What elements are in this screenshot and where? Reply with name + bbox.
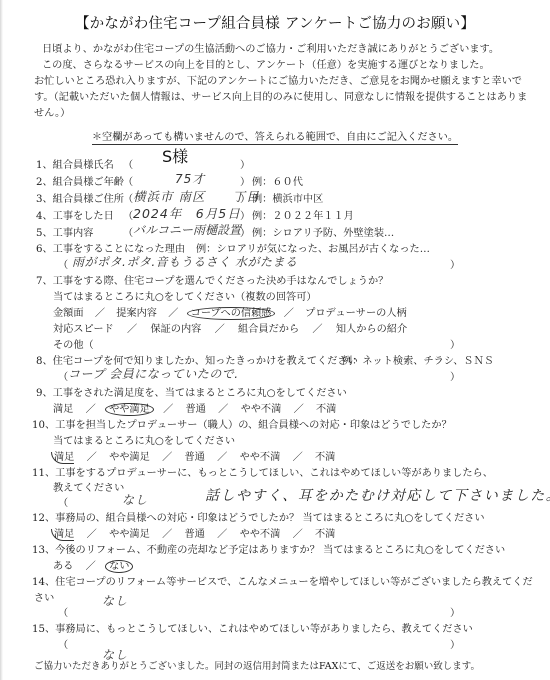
q15-paren-close: ） (450, 636, 460, 651)
q7-option-proposal[interactable]: 提案内容 (116, 308, 157, 319)
q7-option-producer-personality[interactable]: プロデューサーの人柄 (305, 308, 407, 319)
q15-paren-open: （ (58, 636, 68, 651)
q1-paren-open: （ (123, 156, 133, 171)
q10-option-somewhat-dissatisfied[interactable]: やや不満 (240, 452, 281, 463)
instruction-note: ＊空欄があっても構いませんので、答えられる範囲で、自由にご記入ください。 (0, 128, 550, 143)
q9-option-somewhat-satisfied-selected[interactable]: やや満足 (105, 403, 154, 416)
q2-paren-close: ） (240, 173, 250, 188)
q7-option-warranty[interactable]: 保証の内容 (150, 324, 201, 335)
scan-edge (0, 0, 3, 680)
separator: ／ (87, 452, 97, 463)
separator: ／ (87, 529, 97, 540)
separator: ／ (218, 404, 228, 415)
q12-option-somewhat-satisfied[interactable]: やや満足 (109, 529, 150, 540)
q12-option-dissatisfied[interactable]: 不満 (315, 529, 335, 540)
q13-options: ある ／ ない (53, 557, 130, 572)
q7-instruction: 当てはまるところに丸○をしてください（複数の回答可） (53, 288, 317, 303)
q4-label: 4、工事をした日 (36, 207, 114, 222)
q11-answer-1[interactable]: なし (122, 491, 148, 508)
q2-label: 2、組合員様ご年齢 (36, 173, 124, 188)
q11-label-cont: 教えてください (53, 479, 124, 494)
q5-answer[interactable]: バルコニー雨樋設置 (133, 221, 241, 238)
q8-paren-open: （ (58, 368, 68, 383)
q8-paren-close: ） (450, 368, 460, 383)
q10-option-neutral[interactable]: 普通 (185, 452, 205, 463)
q14-label-cont: さい (34, 589, 54, 604)
q12-option-somewhat-dissatisfied[interactable]: やや不満 (240, 529, 281, 540)
q4-paren-open: （ (123, 207, 133, 222)
q8-example: 例：ネット検索、チラシ、ＳＮＳ (342, 352, 494, 367)
q10-options: 満足 ／ やや満足 ／ 普通 ／ やや不満 ／ 不満 (53, 448, 335, 463)
separator: ／ (162, 452, 172, 463)
separator: ／ (168, 308, 178, 319)
separator: ／ (293, 452, 303, 463)
separator: ／ (127, 324, 137, 335)
separator: ／ (163, 404, 173, 415)
q11-label: 11、工事をするプロデューサーに、もっとこうしてほしい、これはやめてほしい等があ… (32, 464, 493, 479)
q14-answer[interactable]: なし (102, 592, 128, 609)
q9-options: 満足 ／ やや満足 ／ 普通 ／ やや不満 ／ 不満 (53, 400, 336, 415)
q10-label: 10、工事を担当したプロデューサー（職人）の、組合員様への対応・印象はどうでした… (32, 416, 452, 431)
q10-option-dissatisfied[interactable]: 不満 (315, 452, 335, 463)
q2-answer[interactable]: 75才 (175, 170, 205, 187)
q14-paren-close: ） (450, 604, 460, 619)
q1-label: 1、組合員様氏名 (36, 156, 114, 171)
q5-label: 5、工事内容 (36, 224, 93, 239)
intro-line-3: お忙しいところ恐れ入りますが、下記のアンケートにご協力いただき、ご意見をお聞かせ… (34, 74, 522, 90)
q3-paren-open: （ (123, 190, 133, 205)
q14-label: 14、住宅コープのリフォーム等サービスで、こんなメニューを増やしてほしい等がござ… (32, 573, 533, 588)
q5-paren-close: ） (240, 224, 250, 239)
q10-instruction: 当てはまるところに丸○をしてください (53, 432, 235, 447)
q9-option-somewhat-dissatisfied[interactable]: やや不満 (241, 404, 282, 415)
q3-label: 3、組合員様ご住所 (36, 190, 124, 205)
q7-option-referral[interactable]: 知人からの紹介 (336, 324, 407, 335)
q7-option-speed[interactable]: 対応スピード (53, 324, 114, 335)
q4-paren-close: ） (240, 207, 250, 222)
q7-other-label: その他（ (53, 336, 94, 351)
q9-option-satisfied[interactable]: 満足 (53, 404, 73, 415)
q7-options-row1: 金額面 ／ 提案内容 ／ コープへの信頼感 ／ プロデューサーの人柄 (53, 304, 407, 319)
separator: ／ (312, 324, 322, 335)
intro-line-2: この度、さらなるサービスの向上を目的とし、アンケート（任意）を実施する運びとなり… (42, 58, 490, 74)
q4-example: 例：２０２２年１１月 (252, 207, 354, 222)
q7-options-row2: 対応スピード ／ 保証の内容 ／ 組合員だから ／ 知人からの紹介 (53, 320, 407, 335)
q4-answer[interactable]: 2024年 6月5日 (133, 204, 241, 222)
q10-option-satisfied-selected[interactable]: 満足 (51, 452, 74, 464)
separator: ／ (95, 308, 105, 319)
q6-answer[interactable]: 雨がポタ.ポタ.音もうるさく 水がたまる (72, 253, 297, 270)
q5-paren-open: （ (123, 224, 133, 239)
separator: ／ (86, 561, 96, 572)
q7-other-paren-close: ） (450, 336, 460, 351)
q6-paren-open: （ (58, 256, 68, 271)
q2-example: 例：６０代 (252, 173, 303, 188)
instruction-note-text: ＊空欄があっても構いませんので、答えられる範囲で、自由にご記入ください。 (92, 132, 458, 145)
q6-paren-close: ） (450, 256, 460, 271)
q7-label: 7、工事をする際、住宅コープを選んでくださった決め手はなんでしょうか？ (36, 272, 388, 287)
q12-label: 12、事務局の、組合員様への対応・印象はどうでしたか？ 当てはまるところに丸○を… (32, 509, 485, 524)
q13-label: 13、今後のリフォーム、不動産の売却など予定はありますか？ 当てはまるところに丸… (32, 541, 505, 556)
separator: ／ (294, 404, 304, 415)
q1-answer[interactable]: S様 (162, 144, 188, 167)
q12-option-neutral[interactable]: 普通 (185, 529, 205, 540)
separator: ／ (86, 404, 96, 415)
q13-option-yes[interactable]: ある (53, 561, 73, 572)
q9-option-dissatisfied[interactable]: 不満 (316, 404, 336, 415)
q3-paren-close: ） (240, 190, 250, 205)
q11-answer-2[interactable]: 話しやすく、耳をかたむけ対応して下さいました。 (205, 485, 550, 505)
q7-option-member[interactable]: 組合員だから (238, 324, 299, 335)
intro-line-4: す。（記載いただいた個人情報は、サービス向上目的のみに使用し、同意なしに情報を提… (34, 90, 527, 106)
q13-option-no-selected[interactable]: ない (105, 560, 133, 573)
q3-example: 例：横浜市中区 (252, 190, 323, 205)
separator: ／ (217, 529, 227, 540)
intro-line-5: せん。） (34, 106, 70, 122)
page-title: 【かながわ住宅コープ組合員様 アンケートご協力のお願い】 (0, 12, 550, 33)
separator: ／ (217, 452, 227, 463)
q15-label: 15、事務局に、もっとこうしてほしい、これはやめてほしい等がありましたら、教えて… (32, 620, 473, 635)
separator: ／ (162, 529, 172, 540)
q1-paren-close: ） (240, 156, 250, 171)
q5-example: 例：シロアリ予防、外壁塗装… (252, 224, 394, 239)
q2-paren-open: （ (123, 173, 133, 188)
q7-option-trust-selected[interactable]: コープへの信頼感 (187, 307, 276, 320)
separator: ／ (284, 308, 294, 319)
q11-paren-open: （ (58, 494, 68, 509)
separator: ／ (215, 324, 225, 335)
q8-answer[interactable]: コープ 会員になっていたので. (68, 365, 239, 382)
q10-option-somewhat-satisfied[interactable]: やや満足 (109, 452, 150, 463)
q14-paren-open: （ (58, 604, 68, 619)
intro-line-1: 日頃より、かながわ住宅コープの生協活動へのご協力・ご利用いただき誠にありがとうご… (42, 42, 499, 58)
q12-options: 満足 ／ やや満足 ／ 普通 ／ やや不満 ／ 不満 (53, 525, 335, 540)
q9-label: 9、工事をされた満足度を、当てはまるところに丸○をしてください (36, 384, 347, 399)
q12-option-satisfied-selected[interactable]: 満足 (51, 529, 74, 541)
separator: ／ (293, 529, 303, 540)
q7-option-price[interactable]: 金額面 (53, 308, 84, 319)
q9-option-neutral[interactable]: 普通 (186, 404, 206, 415)
footer-thanks: ご協力いただきありがとうございました。同封の返信用封筒またはFAXにて、ご返送を… (34, 658, 480, 672)
